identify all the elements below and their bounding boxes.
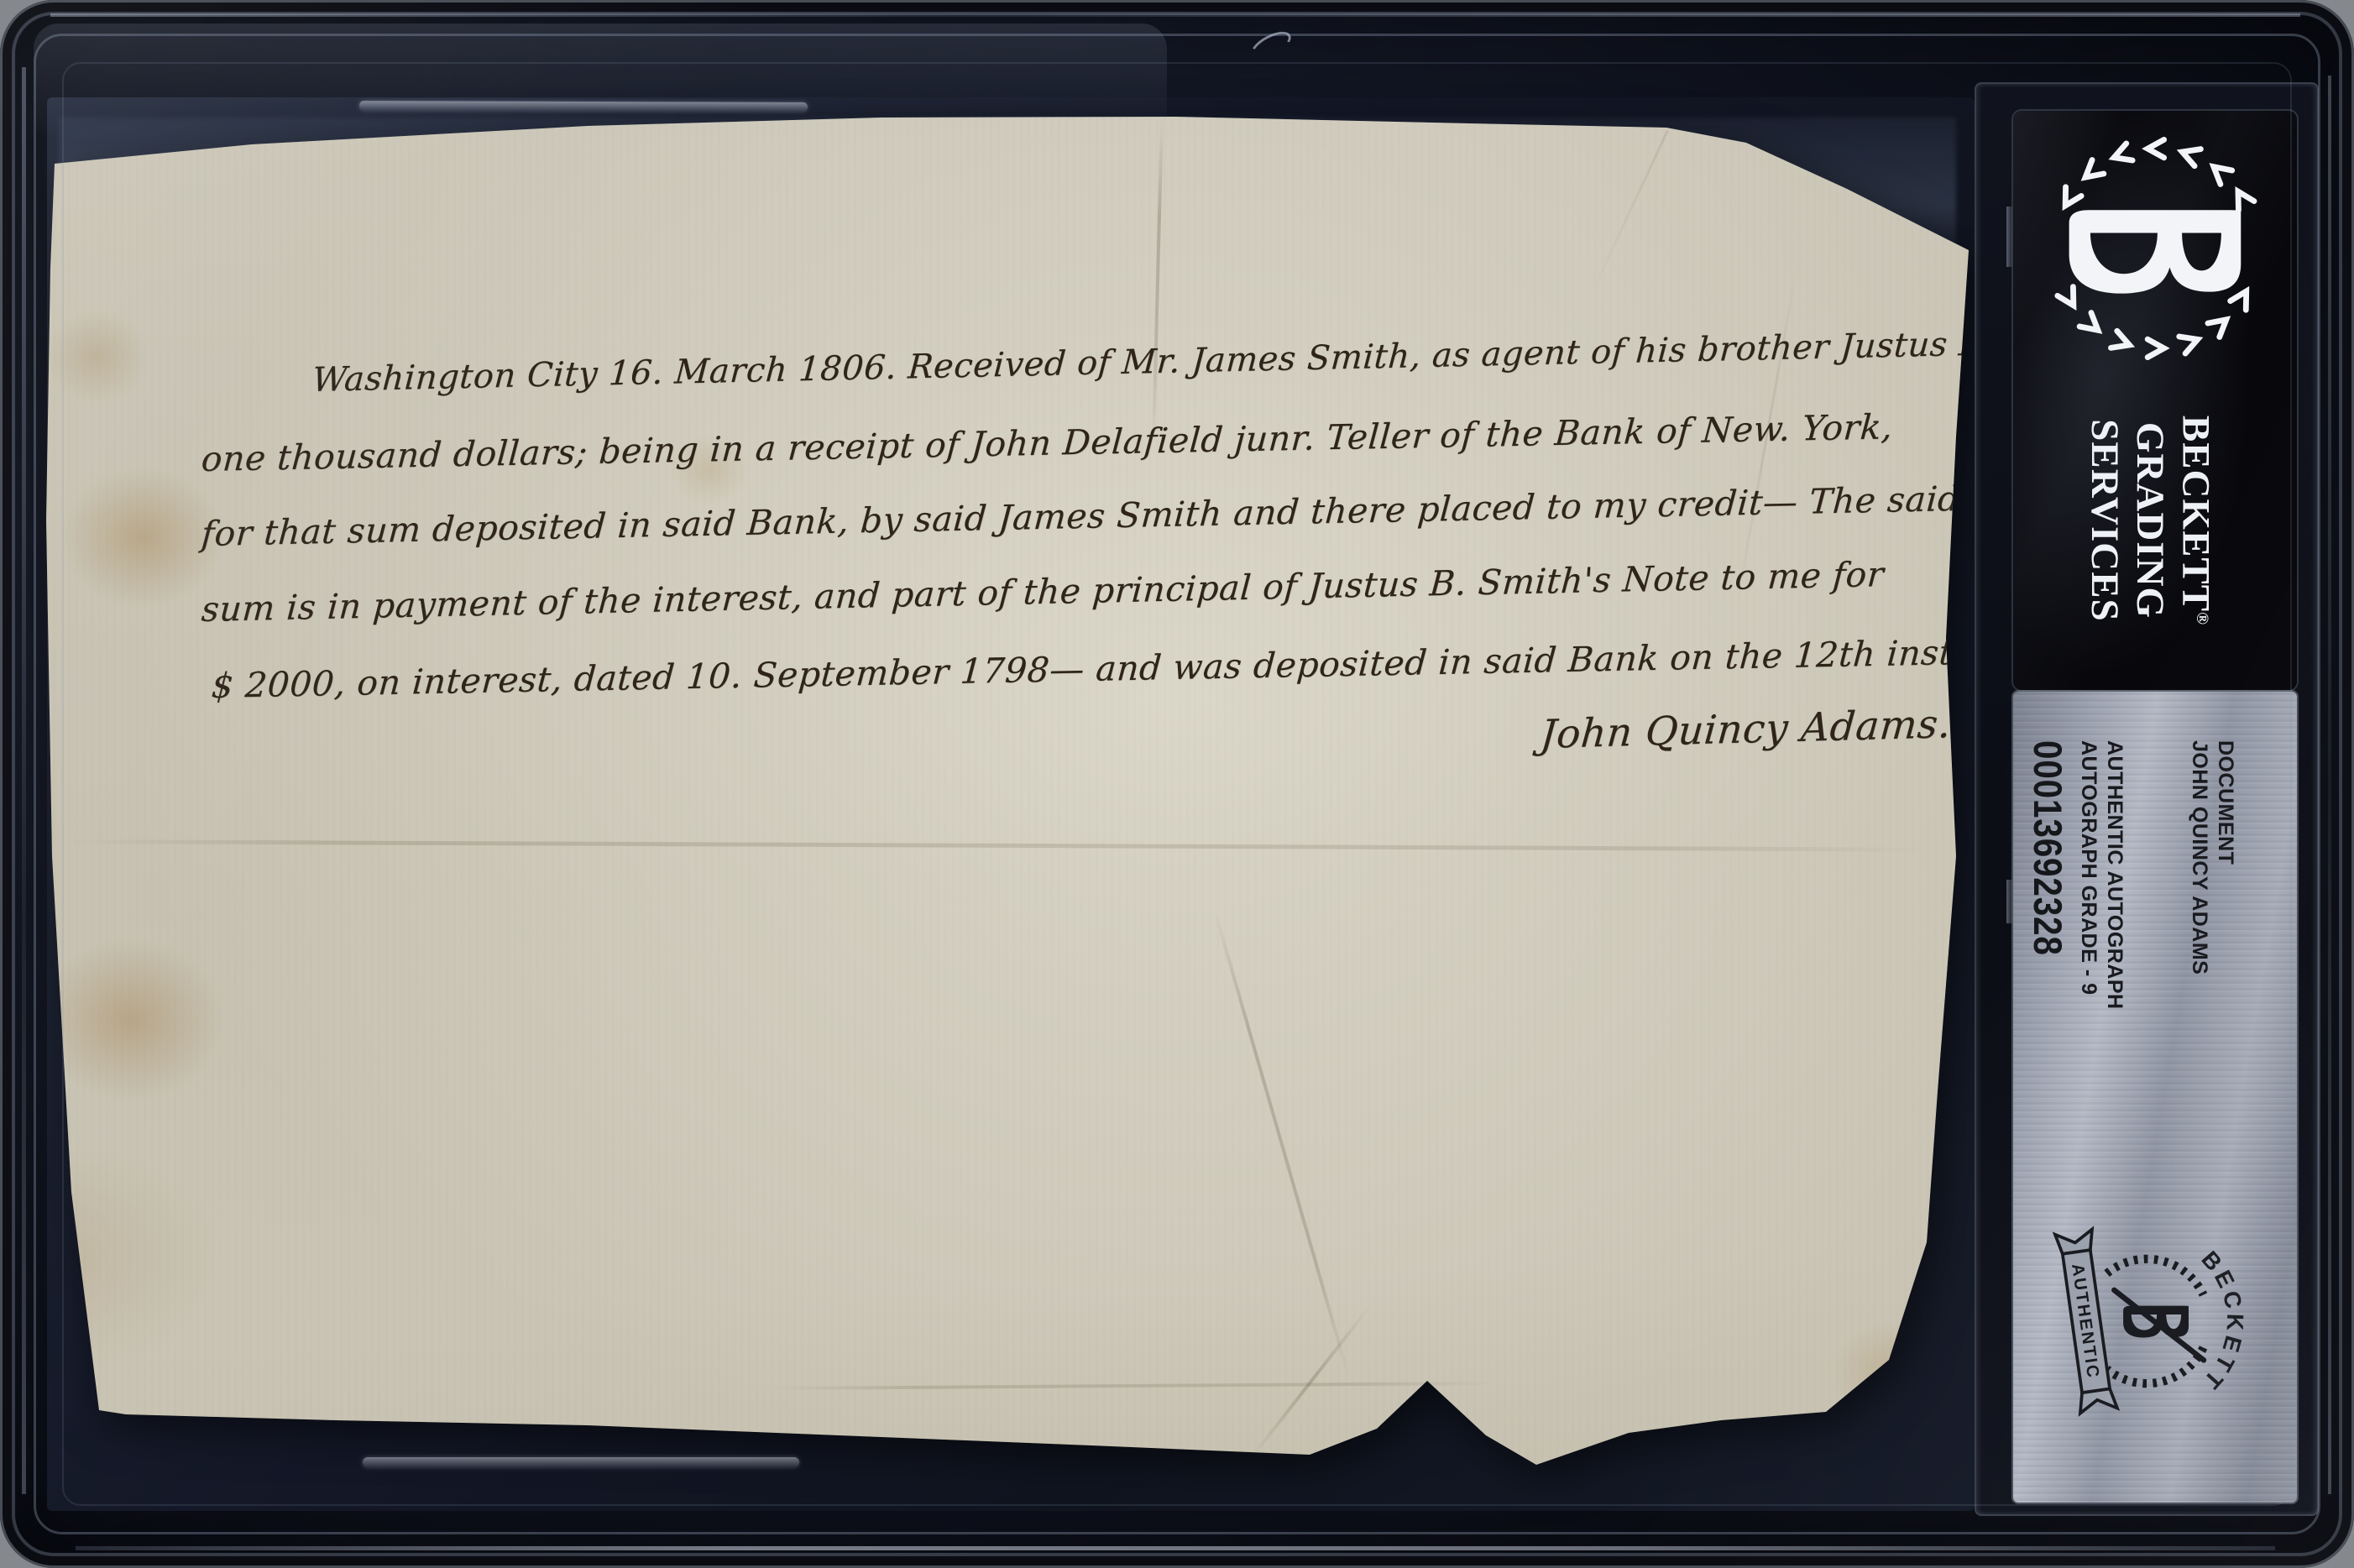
grading-label-rotated-content: BECKETT® GRADING SERVICES	[2013, 111, 2297, 690]
paper-crease	[63, 839, 1935, 852]
weld-mark-bottom	[363, 1457, 799, 1467]
cert-grade: AUTOGRAPH GRADE - 9	[2075, 740, 2101, 1010]
bgs-logo-icon	[2057, 131, 2250, 366]
handwriting-line: Washington City 16. March 1806. Received…	[311, 321, 2121, 400]
grading-label: BECKETT® GRADING SERVICES	[2013, 111, 2297, 690]
handwriting-line: for that sum deposited in said Bank, by …	[200, 478, 1961, 554]
beckett-authentic-seal-icon: BECKETT AUTHENTIC	[2053, 1212, 2247, 1430]
cert-label-rotated-content: DOCUMENT JOHN QUINCY ADAMS AUTHENTIC AUT…	[2013, 692, 2297, 1503]
cert-gap	[2127, 740, 2186, 1010]
cert-item-type: DOCUMENT	[2212, 740, 2238, 1010]
cert-serial: 00013692328	[2027, 740, 2069, 972]
paper-crease	[1213, 910, 1351, 1379]
brand-line-services: SERVICES	[2082, 371, 2127, 670]
authentic-ribbon: AUTHENTIC	[2055, 1229, 2117, 1413]
weld-mark-top	[359, 101, 808, 112]
handwriting-line: sum is in payment of the interest, and p…	[200, 554, 1885, 630]
cert-subject: JOHN QUINCY ADAMS	[2186, 740, 2212, 1010]
handwriting-line: $ 2000, on interest, dated 10. September…	[210, 632, 1966, 706]
handwriting-line: one thousand dollars; being in a receipt…	[200, 406, 1894, 479]
paper-crease	[1249, 1305, 1371, 1460]
paper-crease	[1152, 119, 1164, 447]
brand-line-grading: GRADING	[2127, 371, 2173, 670]
seal-brand-text: BECKETT	[2196, 1246, 2248, 1396]
paper-crease	[1588, 130, 1669, 299]
registered-mark: ®	[2193, 612, 2211, 625]
cert-authenticity: AUTHENTIC AUTOGRAPH	[2101, 740, 2127, 1010]
brand-word: BECKETT	[2174, 416, 2217, 612]
brand-line-beckett: BECKETT®	[2173, 371, 2225, 670]
svg-text:BECKETT: BECKETT	[2196, 1246, 2248, 1396]
case-clip	[2006, 206, 2012, 267]
paper-crease	[772, 1382, 1494, 1390]
brand-name: BECKETT® GRADING SERVICES	[2082, 371, 2225, 670]
cert-label: DOCUMENT JOHN QUINCY ADAMS AUTHENTIC AUT…	[2013, 692, 2297, 1503]
cert-text-block: DOCUMENT JOHN QUINCY ADAMS AUTHENTIC AUT…	[2027, 740, 2238, 1010]
signature: John Quincy Adams.	[1539, 701, 1953, 758]
grading-slab: Washington City 16. March 1806. Received…	[0, 0, 2354, 1568]
case-clip	[2006, 880, 2012, 923]
photo-background: Washington City 16. March 1806. Received…	[0, 0, 2354, 1568]
